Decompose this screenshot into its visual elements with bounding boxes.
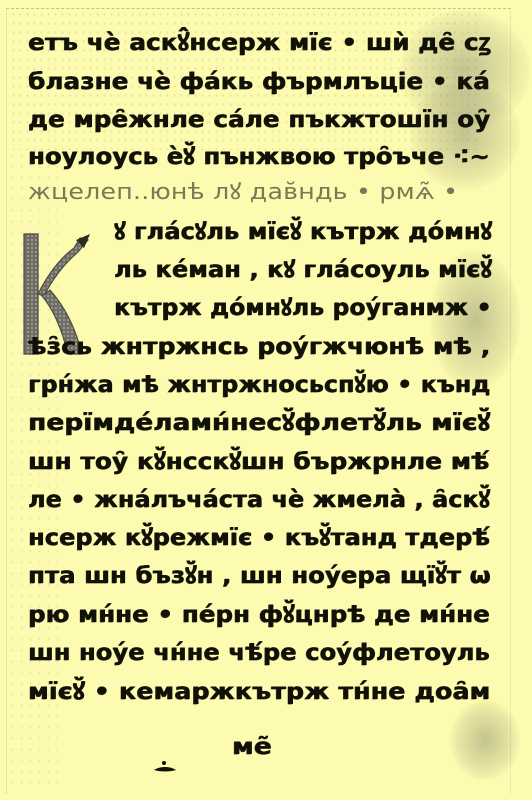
text-line-5-faded: жцелеп..юнѣ лꙋ дав̆ндь • рмѧ̃ • [28, 178, 458, 208]
text-line-10: грн́жа мѣ жнтржносьспꙋ̆ю • кънд [28, 370, 490, 400]
text-line-14: нсерж кꙋ̆режмїє • къꙋ̆танд тдерѣ́ [28, 523, 490, 553]
text-line-6: ꙋ гла́сꙋль мїєꙋ̆ кътрж до́мнꙋ [114, 217, 492, 247]
text-line-15: пта шн бъзꙋ̆н , шн ноу́ера щїꙋ̆т ѡ [28, 561, 491, 591]
text-line-7: ль ке́ман , кꙋ гла́соуль мїєꙋ̆ [114, 255, 492, 285]
text-line-11: перїмде́ламн́несꙋ̆флетꙋ̆ль мїєꙋ̆ [28, 408, 490, 438]
text-line-18: мїєꙋ̆ • кемаржкътрж тн́не доа̑м [28, 677, 490, 707]
text-line-12: шн тоу̑ кꙋ̆нсскꙋ̆шн бържрнле мѣ́ [28, 447, 489, 477]
text-line-2: блазне чѐ фа́кь фърмлъціе • ка́ [28, 67, 490, 97]
text-line-17: шн ноу́е чн́не чѣ́ре соу́флетоуль [28, 638, 490, 668]
text-line-3: де мре̑жнле са́ле пъкжтошїн оу̑ [28, 105, 490, 135]
fleuron-icon [152, 760, 178, 776]
text-line-13: ле • жна́лъча́ста чѐ жмела̀ , а̑скꙋ̆ [28, 485, 490, 515]
scanned-page: етъ чѐ аскꙋ̂нсерж мїє • шѝ де̑ сꙁ блазне… [0, 0, 532, 800]
text-line-8: кътрж до́мнꙋль роу́ганмж • [114, 293, 492, 323]
text-line-16: рю мн́не • пе́рн фꙋ̆цнрѣ де мн́не [28, 600, 490, 630]
text-line-19-final: ме̃ [232, 732, 272, 762]
text-line-9: ѣз̑сь жнтржнсь роу́гжчюнѣ мѣ , [28, 332, 490, 362]
text-line-4: ноулоусь ѐꙋ̆ пънжвою тро̑ъче ⁖~ [28, 142, 490, 172]
ink-stain-bottom-right [450, 700, 520, 780]
text-line-1: етъ чѐ аскꙋ̂нсерж мїє • шѝ де̑ сꙁ [28, 28, 490, 58]
